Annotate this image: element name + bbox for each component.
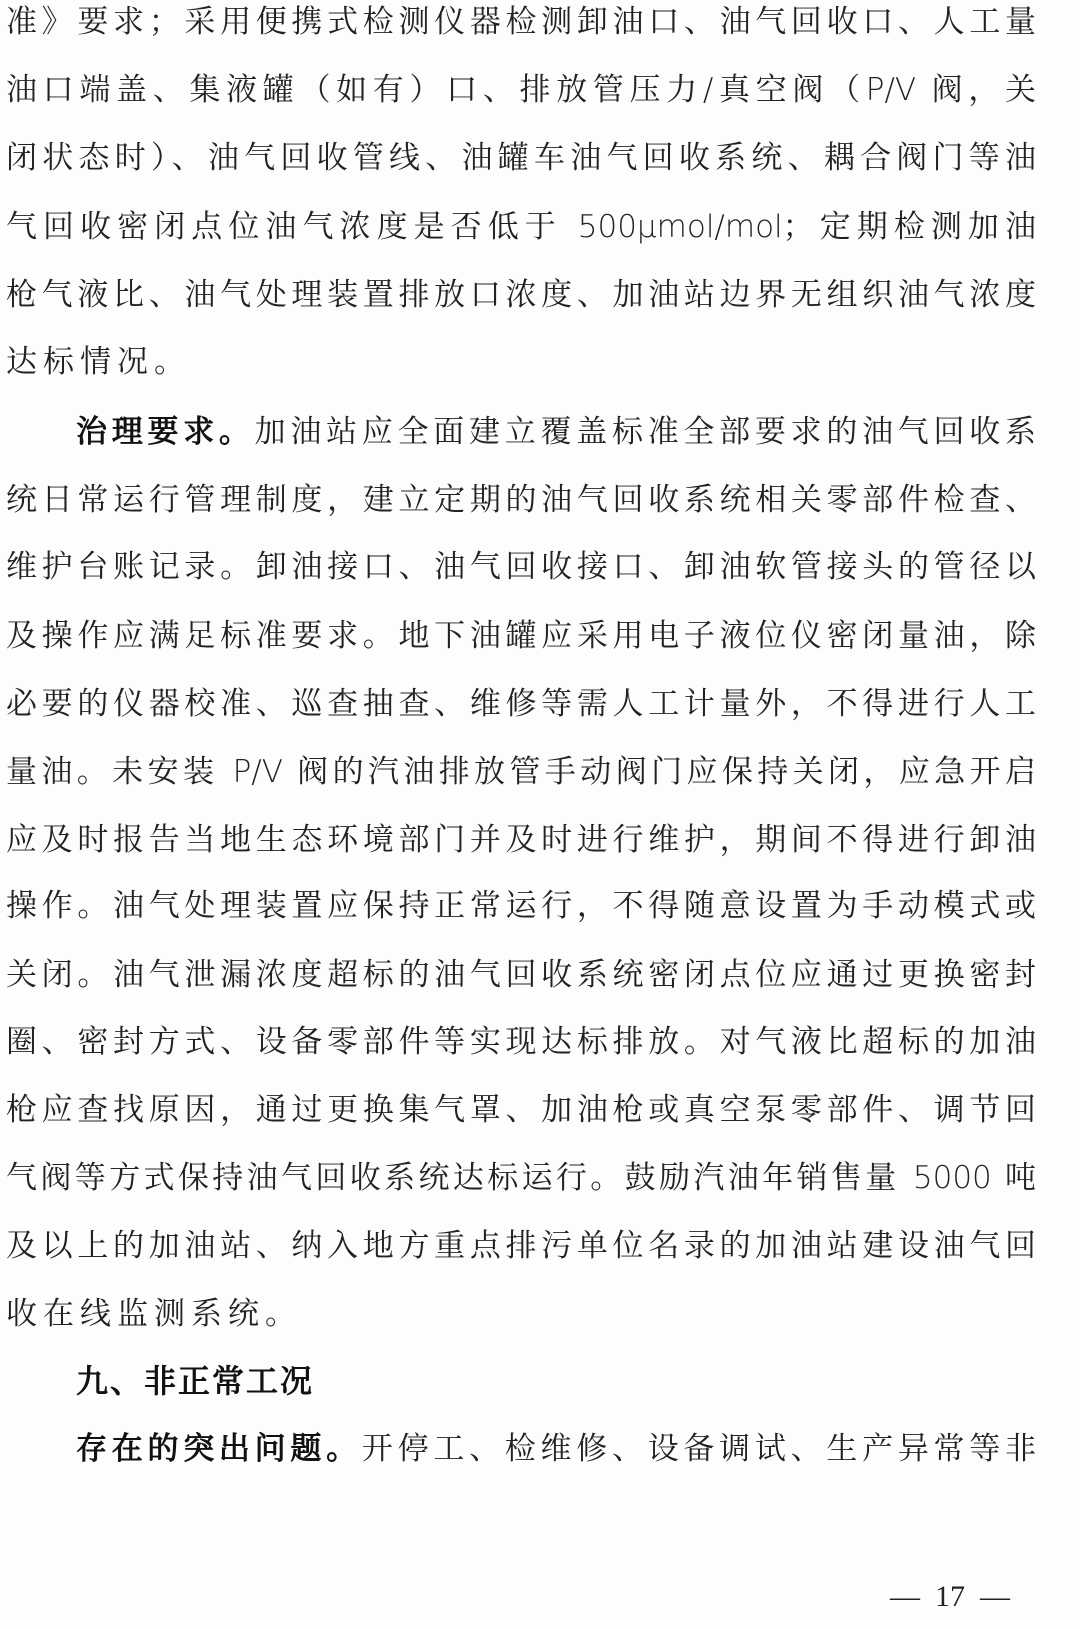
section-heading: 九、非正常工况	[76, 1359, 314, 1403]
body-text-line: 枪应查找原因，通过更换集气罩、加油枪或真空泵零部件、调节回	[6, 1088, 1036, 1132]
body-text-line: 及操作应满足标准要求。地下油罐应采用电子液位仪密闭量油，除	[6, 614, 1036, 658]
governance-paragraph-first-line: 治理要求。加油站应全面建立覆盖标准全部要求的油气回收系	[76, 410, 1036, 454]
body-text-line: 操作。油气处理装置应保持正常运行，不得随意设置为手动模式或	[6, 884, 1036, 928]
body-text-line: 必要的仪器校准、巡查抽查、维修等需人工计量外，不得进行人工	[6, 682, 1036, 726]
body-text-line: 油口端盖、集液罐（如有）口、排放管压力/真空阀（P/V 阀，关	[6, 68, 1036, 112]
body-text-line: 圈、密封方式、设备零部件等实现达标排放。对气液比超标的加油	[6, 1020, 1036, 1064]
body-text-line: 气阀等方式保持油气回收系统达标运行。鼓励汽油年销售量 5000 吨	[6, 1156, 1036, 1200]
document-page: 准》要求；采用便携式检测仪器检测卸油口、油气回收口、人工量 油口端盖、集液罐（如…	[0, 0, 1080, 1629]
body-text-line: 枪气液比、油气处理装置排放口浓度、加油站边界无组织油气浓度	[6, 273, 1036, 317]
governance-label: 治理要求。	[76, 414, 255, 450]
body-text-line: 收在线监测系统。	[6, 1292, 1036, 1336]
body-text-line: 量油。未安装 P/V 阀的汽油排放管手动阀门应保持关闭，应急开启	[6, 750, 1036, 794]
body-text-line: 准》要求；采用便携式检测仪器检测卸油口、油气回收口、人工量	[6, 0, 1036, 44]
governance-first-line-text: 加油站应全面建立覆盖标准全部要求的油气回收系	[255, 414, 1036, 450]
body-text-line: 关闭。油气泄漏浓度超标的油气回收系统密闭点位应通过更换密封	[6, 953, 1036, 997]
body-text-line: 统日常运行管理制度，建立定期的油气回收系统相关零部件检查、	[6, 478, 1036, 522]
body-text-line: 应及时报告当地生态环境部门并及时进行维护，期间不得进行卸油	[6, 818, 1036, 862]
issues-label: 存在的突出问题。	[76, 1431, 362, 1467]
body-text-line: 达标情况。	[6, 340, 1036, 384]
body-text-line: 及以上的加油站、纳入地方重点排污单位名录的加油站建设油气回	[6, 1224, 1036, 1268]
body-text-line: 闭状态时）、油气回收管线、油罐车油气回收系统、耦合阀门等油	[6, 136, 1036, 180]
body-text-line: 气回收密闭点位油气浓度是否低于 500μmol/mol；定期检测加油	[6, 205, 1036, 249]
issues-paragraph-first-line: 存在的突出问题。开停工、检维修、设备调试、生产异常等非	[76, 1427, 1036, 1471]
body-text-line: 维护台账记录。卸油接口、油气回收接口、卸油软管接头的管径以	[6, 545, 1036, 589]
issues-first-line-text: 开停工、检维修、设备调试、生产异常等非	[362, 1431, 1036, 1467]
page-number: — 17 —	[890, 1577, 1010, 1617]
